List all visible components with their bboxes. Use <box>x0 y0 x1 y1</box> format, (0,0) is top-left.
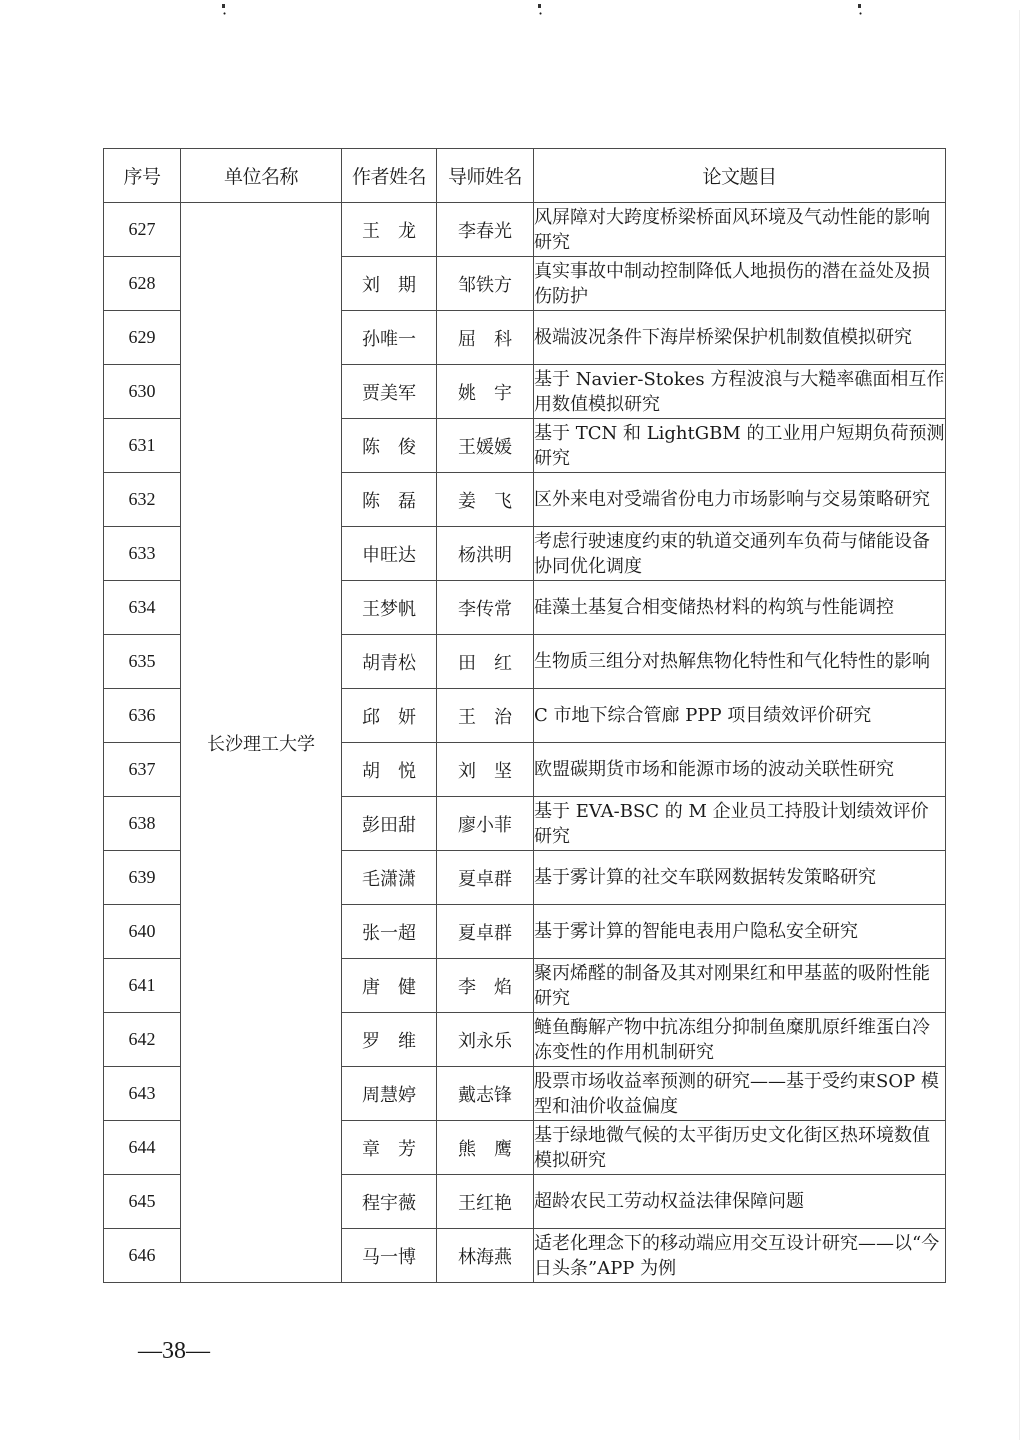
seq-cell: 641 <box>104 959 181 1013</box>
seq-cell: 639 <box>104 851 181 905</box>
title-cell: 聚丙烯醛的制备及其对刚果红和甲基蓝的吸附性能研究 <box>534 959 946 1013</box>
scan-edge <box>1019 10 1020 1440</box>
advisor-cell: 田 红 <box>437 635 534 689</box>
title-cell: 适老化理念下的移动端应用交互设计研究——以“今日头条”APP 为例 <box>534 1229 946 1283</box>
table-header-row: 序号 单位名称 作者姓名 导师姓名 论文题目 <box>104 149 946 203</box>
advisor-cell: 姚 宇 <box>437 365 534 419</box>
author-cell: 程宇薇 <box>342 1175 437 1229</box>
advisor-cell: 戴志锋 <box>437 1067 534 1121</box>
title-cell: 硅藻土基复合相变储热材料的构筑与性能调控 <box>534 581 946 635</box>
header-author: 作者姓名 <box>342 149 437 203</box>
header-seq: 序号 <box>104 149 181 203</box>
advisor-cell: 夏卓群 <box>437 905 534 959</box>
author-cell: 陈 俊 <box>342 419 437 473</box>
seq-cell: 636 <box>104 689 181 743</box>
table-row: 627 长沙理工大学 王 龙 李春光 风屏障对大跨度桥梁桥面风环境及气动性能的影… <box>104 203 946 257</box>
advisor-cell: 王媛媛 <box>437 419 534 473</box>
seq-cell: 628 <box>104 257 181 311</box>
advisor-cell: 熊 鹰 <box>437 1121 534 1175</box>
seq-cell: 644 <box>104 1121 181 1175</box>
scan-mark: · <box>538 4 541 8</box>
title-cell: 真实事故中制动控制降低人地损伤的潜在益处及损伤防护 <box>534 257 946 311</box>
page-number: —38— <box>138 1338 210 1365</box>
advisor-cell: 李 焰 <box>437 959 534 1013</box>
advisor-cell: 林海燕 <box>437 1229 534 1283</box>
author-cell: 贾美军 <box>342 365 437 419</box>
scan-mark: · <box>858 4 861 8</box>
title-cell: 风屏障对大跨度桥梁桥面风环境及气动性能的影响研究 <box>534 203 946 257</box>
seq-cell: 633 <box>104 527 181 581</box>
title-cell: 基于绿地微气候的太平街历史文化街区热环境数值模拟研究 <box>534 1121 946 1175</box>
seq-cell: 645 <box>104 1175 181 1229</box>
advisor-cell: 王 治 <box>437 689 534 743</box>
title-cell: 区外来电对受端省份电力市场影响与交易策略研究 <box>534 473 946 527</box>
title-cell: 欧盟碳期货市场和能源市场的波动关联性研究 <box>534 743 946 797</box>
seq-cell: 634 <box>104 581 181 635</box>
title-cell: 基于雾计算的智能电表用户隐私安全研究 <box>534 905 946 959</box>
title-cell: 基于 TCN 和 LightGBM 的工业用户短期负荷预测研究 <box>534 419 946 473</box>
title-cell: 考虑行驶速度约束的轨道交通列车负荷与储能设备协同优化调度 <box>534 527 946 581</box>
author-cell: 唐 健 <box>342 959 437 1013</box>
header-unit: 单位名称 <box>181 149 342 203</box>
author-cell: 章 芳 <box>342 1121 437 1175</box>
scan-mark: · <box>222 4 225 8</box>
advisor-cell: 姜 飞 <box>437 473 534 527</box>
thesis-list-table: 序号 单位名称 作者姓名 导师姓名 论文题目 627 长沙理工大学 王 龙 李春… <box>103 148 946 1283</box>
author-cell: 王梦帆 <box>342 581 437 635</box>
title-cell: C 市地下综合管廊 PPP 项目绩效评价研究 <box>534 689 946 743</box>
advisor-cell: 夏卓群 <box>437 851 534 905</box>
seq-cell: 627 <box>104 203 181 257</box>
seq-cell: 631 <box>104 419 181 473</box>
author-cell: 王 龙 <box>342 203 437 257</box>
advisor-cell: 廖小菲 <box>437 797 534 851</box>
title-cell: 超龄农民工劳动权益法律保障问题 <box>534 1175 946 1229</box>
seq-cell: 629 <box>104 311 181 365</box>
advisor-cell: 邹铁方 <box>437 257 534 311</box>
author-cell: 马一博 <box>342 1229 437 1283</box>
header-advisor: 导师姓名 <box>437 149 534 203</box>
title-cell: 基于雾计算的社交车联网数据转发策略研究 <box>534 851 946 905</box>
advisor-cell: 李春光 <box>437 203 534 257</box>
title-cell: 生物质三组分对热解焦物化特性和气化特性的影响 <box>534 635 946 689</box>
author-cell: 张一超 <box>342 905 437 959</box>
author-cell: 申旺达 <box>342 527 437 581</box>
seq-cell: 637 <box>104 743 181 797</box>
seq-cell: 638 <box>104 797 181 851</box>
seq-cell: 640 <box>104 905 181 959</box>
title-cell: 基于 EVA-BSC 的 M 企业员工持股计划绩效评价研究 <box>534 797 946 851</box>
title-cell: 极端波况条件下海岸桥梁保护机制数值模拟研究 <box>534 311 946 365</box>
seq-cell: 642 <box>104 1013 181 1067</box>
author-cell: 罗 维 <box>342 1013 437 1067</box>
advisor-cell: 刘 坚 <box>437 743 534 797</box>
author-cell: 胡 悦 <box>342 743 437 797</box>
advisor-cell: 王红艳 <box>437 1175 534 1229</box>
advisor-cell: 杨洪明 <box>437 527 534 581</box>
author-cell: 毛潇潇 <box>342 851 437 905</box>
advisor-cell: 李传常 <box>437 581 534 635</box>
title-cell: 鲢鱼酶解产物中抗冻组分抑制鱼糜肌原纤维蛋白冷冻变性的作用机制研究 <box>534 1013 946 1067</box>
seq-cell: 646 <box>104 1229 181 1283</box>
title-cell: 股票市场收益率预测的研究——基于受约束SOP 模型和油价收益偏度 <box>534 1067 946 1121</box>
title-cell: 基于 Navier-Stokes 方程波浪与大糙率礁面相互作用数值模拟研究 <box>534 365 946 419</box>
author-cell: 周慧婷 <box>342 1067 437 1121</box>
seq-cell: 643 <box>104 1067 181 1121</box>
author-cell: 刘 期 <box>342 257 437 311</box>
seq-cell: 632 <box>104 473 181 527</box>
seq-cell: 630 <box>104 365 181 419</box>
author-cell: 陈 磊 <box>342 473 437 527</box>
seq-cell: 635 <box>104 635 181 689</box>
author-cell: 胡青松 <box>342 635 437 689</box>
author-cell: 彭田甜 <box>342 797 437 851</box>
advisor-cell: 屈 科 <box>437 311 534 365</box>
header-title: 论文题目 <box>534 149 946 203</box>
author-cell: 孙唯一 <box>342 311 437 365</box>
author-cell: 邱 妍 <box>342 689 437 743</box>
advisor-cell: 刘永乐 <box>437 1013 534 1067</box>
unit-cell: 长沙理工大学 <box>181 203 342 1283</box>
